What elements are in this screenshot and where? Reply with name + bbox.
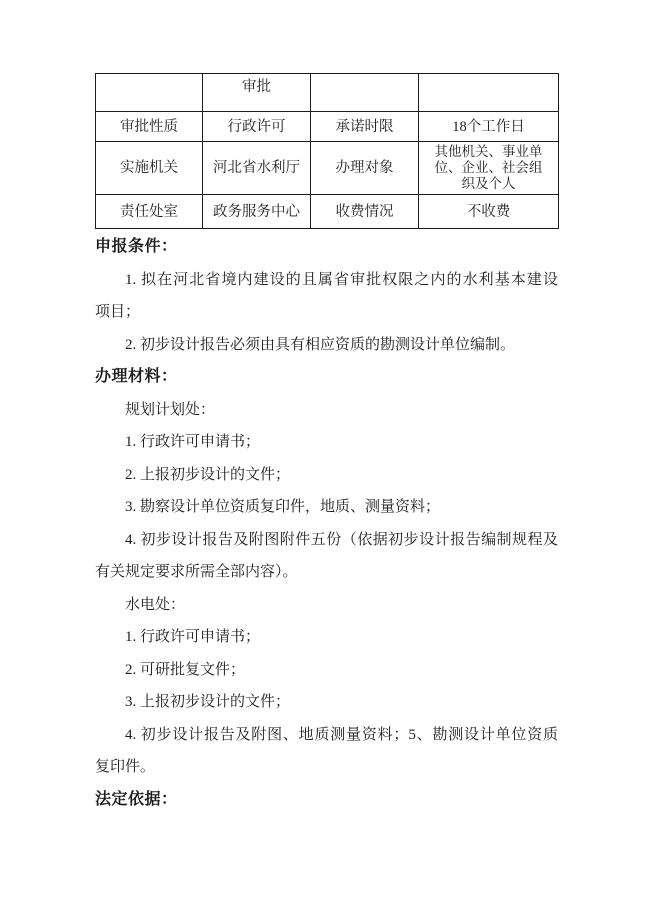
- item-name-label-cell: [96, 74, 203, 112]
- section-heading-handling-materials: 办理材料：: [95, 361, 558, 394]
- empty-cell: [311, 74, 419, 112]
- text-line: 3. 勘察设计单位资质复印件，地质、测量资料；: [95, 491, 558, 524]
- text-line: 1. 行政许可申请书；: [95, 426, 558, 459]
- section-heading-legal-basis: 法定依据：: [95, 784, 558, 817]
- fee-status-value: 不收费: [419, 195, 559, 229]
- approval-nature-label: 审批性质: [96, 112, 203, 142]
- table-row: 审批: [96, 74, 559, 112]
- table-row: 审批性质 行政许可 承诺时限 18个工作日: [96, 112, 559, 142]
- text-line: 3. 上报初步设计的文件；: [95, 686, 558, 719]
- implementing-agency-value: 河北省水利厅: [203, 142, 311, 195]
- approval-info-table: 审批 审批性质 行政许可 承诺时限 18个工作日 实施机关 河北省水利厅 办理对…: [95, 73, 559, 229]
- text-line: 4. 初步设计报告及附图、地质测量资料；5、勘测设计单位资质: [95, 719, 558, 752]
- text-line: 2. 上报初步设计的文件；: [95, 459, 558, 492]
- text-line: 2. 初步设计报告必须由具有相应资质的勘测设计单位编制。: [95, 329, 558, 362]
- responsible-office-label: 责任处室: [96, 195, 203, 229]
- time-limit-label: 承诺时限: [311, 112, 419, 142]
- fee-status-label: 收费情况: [311, 195, 419, 229]
- table-row: 实施机关 河北省水利厅 办理对象 其他机关、事业单位、企业、社会组织及个人: [96, 142, 559, 195]
- text-line: 1. 拟在河北省境内建设的且属省审批权限之内的水利基本建设: [95, 264, 558, 297]
- handling-object-value: 其他机关、事业单位、企业、社会组织及个人: [419, 142, 559, 195]
- implementing-agency-label: 实施机关: [96, 142, 203, 195]
- item-name-value-cell: 审批: [203, 74, 311, 112]
- text-line: 有关规定要求所需全部内容）。: [95, 556, 558, 589]
- document-body: 申报条件： 1. 拟在河北省境内建设的且属省审批权限之内的水利基本建设 项目； …: [95, 231, 558, 816]
- text-line: 复印件。: [95, 751, 558, 784]
- responsible-office-value: 政务服务中心: [203, 195, 311, 229]
- empty-cell: [419, 74, 559, 112]
- table-row: 责任处室 政务服务中心 收费情况 不收费: [96, 195, 559, 229]
- text-line: 水电处：: [95, 589, 558, 622]
- handling-object-label: 办理对象: [311, 142, 419, 195]
- approval-nature-value: 行政许可: [203, 112, 311, 142]
- text-line: 1. 行政许可申请书；: [95, 621, 558, 654]
- document-page: 审批 审批性质 行政许可 承诺时限 18个工作日 实施机关 河北省水利厅 办理对…: [0, 0, 650, 919]
- text-line: 项目；: [95, 296, 558, 329]
- text-line: 4. 初步设计报告及附图附件五份（依据初步设计报告编制规程及: [95, 524, 558, 557]
- time-limit-value: 18个工作日: [419, 112, 559, 142]
- text-line: 规划计划处：: [95, 394, 558, 427]
- section-heading-application-conditions: 申报条件：: [95, 231, 558, 264]
- text-line: 2. 可研批复文件；: [95, 654, 558, 687]
